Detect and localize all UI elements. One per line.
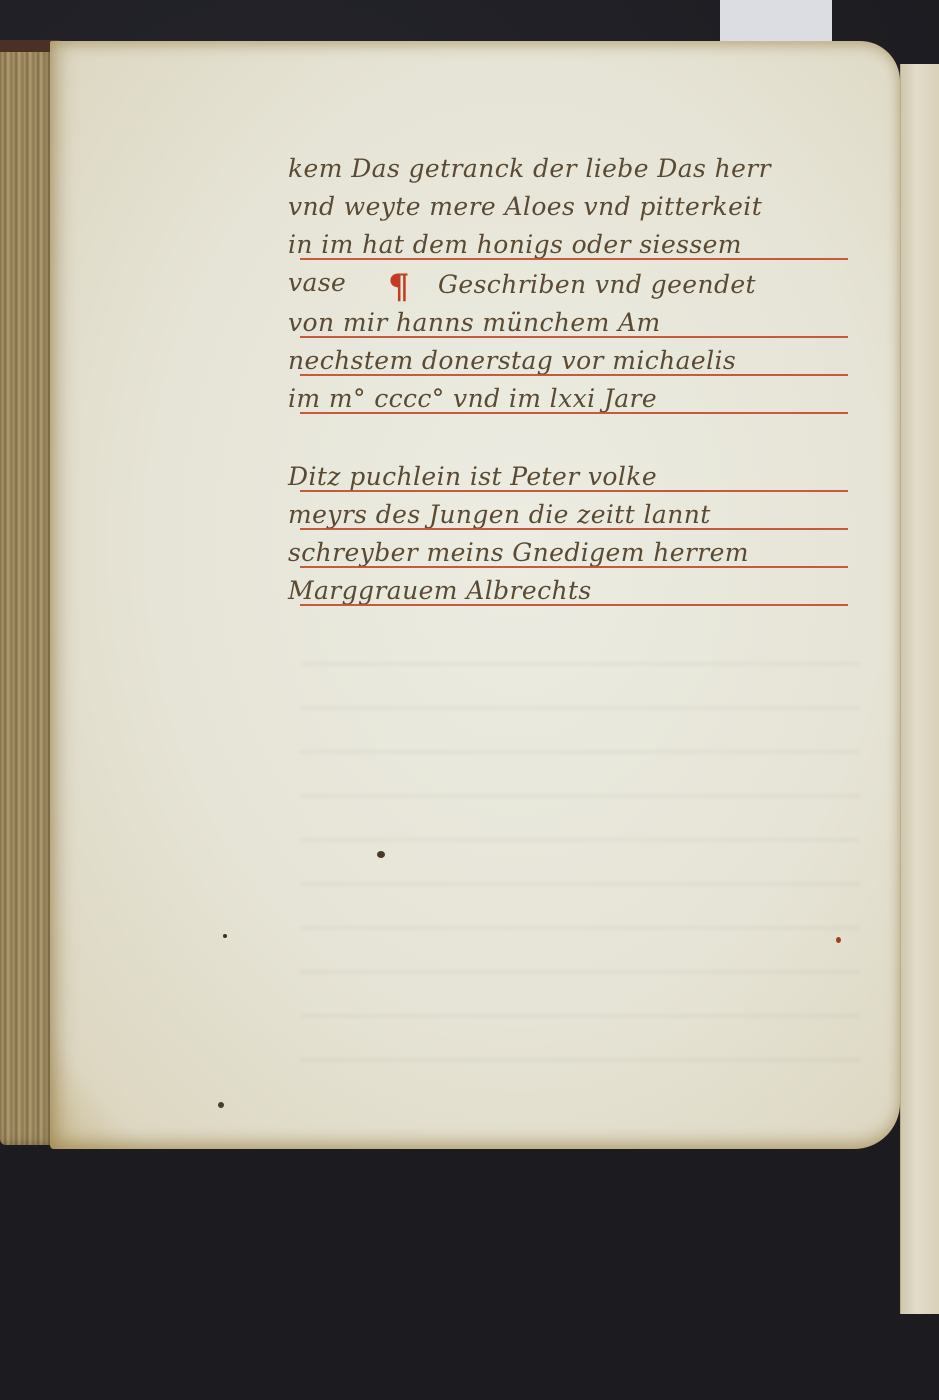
paper-slip bbox=[720, 0, 832, 43]
ownership-line: meyrs des Jungen die zeitt lannt bbox=[288, 496, 868, 534]
colophon-line: ¶Geschriben vnd geendet bbox=[288, 266, 868, 304]
text-line: kem Das getranck der liebe Das herr bbox=[288, 150, 868, 188]
ownership-line: schreyber meins Gnedigem herrem bbox=[288, 534, 868, 572]
next-leaf-edge bbox=[900, 64, 939, 1314]
ownership-line: Ditz puchlein ist Peter volke bbox=[288, 458, 868, 496]
text-line: vnd weyte mere Aloes vnd pitterkeit bbox=[288, 188, 868, 226]
colophon-line: von mir hanns münchem Am bbox=[288, 304, 868, 342]
show-through-text bbox=[300, 640, 860, 1100]
paragraph-mark-icon: ¶ bbox=[388, 269, 418, 305]
ink-spot bbox=[218, 1102, 224, 1108]
ink-spot bbox=[223, 934, 227, 938]
colophon-line: im m° cccc° vnd im lxxi Jare bbox=[288, 380, 868, 418]
ownership-line: Marggrauem Albrechts bbox=[288, 572, 868, 610]
text-line: in im hat dem honigs oder siessem bbox=[288, 226, 868, 264]
manuscript-text: kem Das getranck der liebe Das herr vnd … bbox=[288, 150, 868, 610]
text-fragment: Geschriben vnd geendet bbox=[438, 270, 756, 299]
colophon-line: nechstem donerstag vor michaelis bbox=[288, 342, 868, 380]
